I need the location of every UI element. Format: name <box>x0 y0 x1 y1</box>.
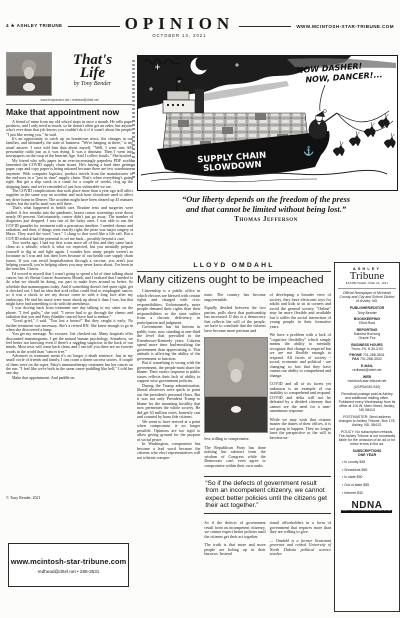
masthead-sidebar: ASHLEY Tribune ESTABLISHED JUNE 24, 1941… <box>334 262 400 612</box>
omdahl-upper-row: mise. The country has become ungovernabl… <box>204 289 331 473</box>
omdahl-columns-2-3: mise. The country has become ungovernabl… <box>204 289 331 561</box>
thats-life-headline: Make that appointment now <box>6 108 133 118</box>
section-title: OPINION <box>125 15 235 32</box>
omdahl-tagline: — Omdahl is a former lieutenant governor… <box>270 539 331 557</box>
thats-life-body: A friend of mine from my old school stop… <box>6 120 133 494</box>
business-hours: Thurs.-Fri. 8:30-3:00 <box>338 347 396 351</box>
role-name-bookkeeping: Elliot Rust <box>338 321 396 325</box>
jefferson-quote: “Our liberty depends on the freedom of t… <box>140 195 392 223</box>
pull-quote: “So if the defects of government result … <box>204 476 331 514</box>
omdahl-col3-bottom-text: tional officeholders in a form of govern… <box>270 521 331 535</box>
header-center: OPINION OCTOBER 13, 2021 <box>125 15 235 38</box>
omdahl-article: LLOYD OMDAHL Many citizens ought to be i… <box>137 262 331 561</box>
house-ad-website: www.mcintosh-star-tribune.com <box>11 557 127 566</box>
omdahl-body: Citizenship is a public office in which … <box>137 289 331 561</box>
house-ad-box: www.mcintosh-star-tribune.com redhead@dr… <box>8 543 129 587</box>
masthead-established: ESTABLISHED JUNE 24, 1941 <box>338 282 396 289</box>
thats-life-copyright: © Tony Bender, 2021 <box>6 495 133 500</box>
omdahl-column-2-bottom: So if the defects of government result f… <box>204 517 265 561</box>
omdahl-col2-mid-text: less willing to compromise.The Republica… <box>204 437 265 468</box>
usps-number: (USPS#030-940) <box>338 385 396 389</box>
postmaster-notice: POSTMASTER: Send address changes to Ashl… <box>338 415 396 427</box>
policy-notice: POLICY: No subscription refunds. The Ash… <box>338 430 396 446</box>
thats-life-title-block: That's Life by Tony Bender <box>52 52 133 96</box>
role-name-reporting-2: Gracie Fox <box>338 336 396 340</box>
email-address: redhead@drtel.net <box>338 368 396 372</box>
cartoon-drawing: SUPPLY CHAIN SLOWDOWN ⚓ <box>137 55 398 191</box>
editorial-cartoon: SUPPLY CHAIN SLOWDOWN ⚓ <box>137 55 398 191</box>
header-right-url: WWW.MCINTOSH-STAR-TRIBUNE.COM <box>296 24 394 29</box>
postage-notice: Periodical postage paid at Ashley and ad… <box>338 392 396 412</box>
masthead-official-newspaper: Official Newspaper of McIntosh County an… <box>338 291 396 303</box>
header-rule-left <box>68 26 120 27</box>
thats-life-column: That's Life by Tony Bender www.tonybende… <box>6 52 133 500</box>
column-byline: by Tony Bender <box>52 81 133 87</box>
ndna-logo-text: NDNA <box>341 501 392 510</box>
omdahl-column-2-top: mise. The country has become ungovernabl… <box>204 289 265 473</box>
thats-life-header: That's Life by Tony Bender <box>6 52 133 96</box>
omdahl-byline: LLOYD OMDAHL <box>137 262 331 269</box>
column-title-line2: Life <box>52 67 133 80</box>
quote-line2: and that cannot be limited without being… <box>140 205 392 215</box>
newspaper-opinion-page: 4 ★ ASHLEY TRIBUNE OPINION OCTOBER 13, 2… <box>0 0 400 618</box>
subscription-rates: • In county $45• Snowbirds $50• In state… <box>342 460 396 494</box>
web-address: mcintosh-star-tribune.net <box>338 379 396 383</box>
omdahl-lower-row: So if the defects of government result f… <box>204 517 331 561</box>
fax-line: FAX 701-288-3532 <box>338 357 396 361</box>
tony-bender-photo <box>6 52 52 96</box>
header-left-folio: 4 ★ ASHLEY TRIBUNE <box>6 23 63 29</box>
quote-line1: “Our liberty depends on the freedom of t… <box>140 195 392 205</box>
omdahl-column-1: Citizenship is a public office in which … <box>137 289 200 561</box>
anchor-icon: ⚓ <box>303 145 314 156</box>
house-ad-contact: redhead@drtel.net • 288-3531 <box>38 569 100 574</box>
lloyd-omdahl-photo <box>204 337 267 433</box>
issue-date: OCTOBER 13, 2021 <box>125 33 235 38</box>
ndna-logo-banner: NORTH DAKOTA NEWSPAPER ASSOCIATION <box>341 510 393 513</box>
omdahl-column-3-bottom: tional officeholders in a form of govern… <box>270 517 331 561</box>
page-header: 4 ★ ASHLEY TRIBUNE OPINION OCTOBER 13, 2… <box>6 8 394 44</box>
omdahl-column-3-top: of developing a broader view of society,… <box>270 289 331 473</box>
subscriptions-title-2: ONE YEAR <box>338 453 396 457</box>
quote-attribution: Thomas Jefferson <box>140 215 392 223</box>
cartoonist-credit-vertical <box>132 60 135 180</box>
masthead-name: Tribune <box>338 271 396 282</box>
header-rule-right <box>239 26 291 27</box>
role-name-publisher: Tony Bender <box>338 311 396 315</box>
ndna-logo: NDNA NORTH DAKOTA NEWSPAPER ASSOCIATION <box>341 501 392 513</box>
omdahl-headline: Many citizens ought to be impeached <box>137 271 331 287</box>
fax-number: 701-288-3532 <box>360 357 382 361</box>
columnist-contact-line: www.tonybender.net • redhead@drtel.net <box>6 96 133 105</box>
moon-shadow <box>196 56 211 71</box>
omdahl-col2-top-text: mise. The country has become ungovernabl… <box>204 293 265 333</box>
fax-label: FAX <box>352 357 359 361</box>
